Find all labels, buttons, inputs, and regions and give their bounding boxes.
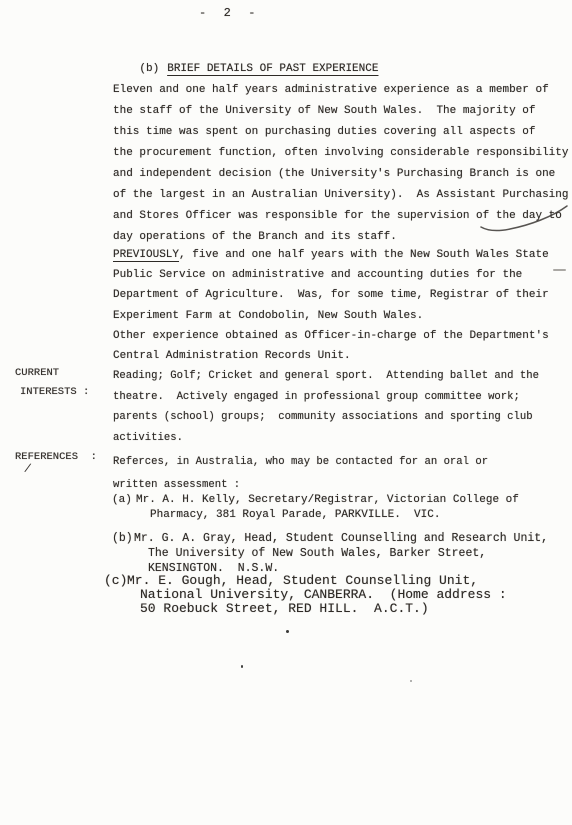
handwritten-tick-mark: /: [23, 462, 32, 477]
previous-experience-paragraph: PREVIOUSLY, five and one half years with…: [113, 245, 549, 366]
text-line: Reading; Golf; Cricket and general sport…: [113, 366, 539, 387]
text-line: Department of Agriculture. Was, for some…: [113, 285, 549, 305]
reference-marker: (c): [104, 574, 127, 588]
paper-speck: [286, 630, 289, 633]
text-line: PREVIOUSLY, five and one half years with…: [113, 245, 549, 265]
text-line: Public Service on administrative and acc…: [113, 265, 549, 285]
text-line: this time was spent on purchasing duties…: [113, 122, 568, 143]
reference-text: Mr. G. A. Gray, Head, Student Counsellin…: [134, 531, 548, 576]
reference-marker: (b): [112, 531, 133, 546]
text-line: Experiment Farm at Condobolin, New South…: [113, 306, 549, 326]
text-line: Mr. G. A. Gray, Head, Student Counsellin…: [134, 531, 548, 546]
heading-title: BRIEF DETAILS OF PAST EXPERIENCE: [167, 63, 378, 75]
text-line: Mr. E. Gough, Head, Student Counselling …: [127, 574, 507, 588]
text-line: parents (school) groups; community assoc…: [113, 407, 539, 428]
text-line: Central Administration Records Unit.: [113, 346, 549, 366]
text-line: and independent decision (the University…: [113, 164, 568, 185]
reference-text: Mr. E. Gough, Head, Student Counselling …: [127, 574, 507, 616]
label-line: INTERESTS :: [15, 383, 89, 402]
current-interests-label: CURRENT INTERESTS :: [15, 364, 89, 402]
text-line: theatre. Actively engaged in professiona…: [113, 387, 539, 408]
text-line: the procurement function, often involvin…: [113, 143, 568, 164]
references-intro: Referces, in Australia, who may be conta…: [113, 451, 488, 496]
page-number: - 2 -: [199, 6, 256, 20]
document-page: - 2 - (b)BRIEF DETAILS OF PAST EXPERIENC…: [0, 0, 572, 825]
text-line: Referces, in Australia, who may be conta…: [113, 451, 488, 474]
paper-speck: [241, 665, 243, 668]
text-line: Eleven and one half years administrative…: [113, 80, 568, 101]
text-line: 50 Roebuck Street, RED HILL. A.C.T.): [127, 602, 507, 616]
label-line: CURRENT: [15, 364, 89, 383]
text-line: The University of New South Wales, Barke…: [134, 546, 548, 561]
reference-marker: (a): [112, 493, 132, 508]
text-line: activities.: [113, 428, 539, 449]
text-line: the staff of the University of New South…: [113, 101, 568, 122]
handwritten-swoosh-mark: [478, 202, 572, 234]
heading-prefix: (b): [139, 63, 159, 75]
paper-speck: [410, 680, 412, 682]
text-line: Pharmacy, 381 Royal Parade, PARKVILLE. V…: [136, 508, 519, 523]
stray-pencil-dash: [553, 269, 566, 271]
text-line: National University, CANBERRA. (Home add…: [127, 588, 507, 602]
interests-paragraph: Reading; Golf; Cricket and general sport…: [113, 366, 539, 448]
text-line: Mr. A. H. Kelly, Secretary/Registrar, Vi…: [136, 493, 519, 508]
reference-text: Mr. A. H. Kelly, Secretary/Registrar, Vi…: [136, 493, 519, 523]
text-line: Other experience obtained as Officer-in-…: [113, 326, 549, 346]
